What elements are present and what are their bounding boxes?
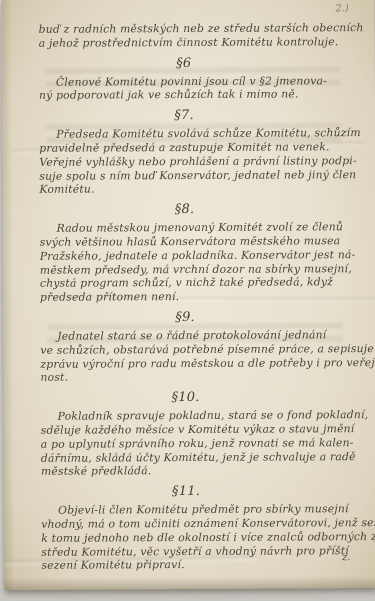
section-6: §6 Členové Komitétu povinni jsou cíl v §… [39, 55, 363, 103]
paper-bottom-shadow [4, 576, 375, 590]
text-line: městské předkládá. [41, 463, 365, 478]
paper-edge-shading [1, 0, 14, 590]
section-heading: §10. [41, 389, 331, 406]
text-line: dářnímu, skládá účty Komitétu, jenž je s… [41, 450, 365, 465]
text-line: a jehož prostřednictvím činnost Komitétu… [39, 35, 363, 50]
text-line: vhodný, má o tom učiniti oznámení Konser… [41, 516, 365, 531]
text-line: ve schůzích, obstarává potřebné písemné … [40, 342, 364, 357]
screenshot-root: { "page": { "page_number": "2.)", "botto… [0, 0, 375, 601]
section-8: §8. Radou městskou jmenovaný Komitét zvo… [40, 201, 365, 304]
text-line: pravidelně předsedá a zastupuje Komitét … [39, 140, 363, 155]
text-line: ný podporovati jak ve schůzích tak i mim… [39, 87, 363, 102]
section-heading: §8. [40, 201, 330, 218]
manuscript-text: buď z radních městských neb ze středu st… [39, 21, 366, 573]
section-heading: §9. [40, 309, 330, 326]
text-line: Jednatel stará se o řádné protokolování … [40, 328, 364, 343]
text-line: zprávu výroční pro radu městskou a dle p… [40, 356, 364, 371]
text-line: k tomu jednoho neb dle okolností i více … [41, 530, 365, 545]
page-number: 2.) [335, 3, 349, 16]
text-line: sděluje každého měsíce v Komitétu výkaz … [41, 422, 365, 437]
text-line: suje spolu s ním buď Konservátor, jednat… [39, 168, 363, 183]
section-intro: buď z radních městských neb ze středu st… [39, 21, 363, 50]
text-line: sezení Komitétu připraví. [41, 557, 365, 572]
section-9: §9. Jednatel stará se o řádné protokolov… [40, 309, 364, 385]
text-line: a po uplynutí správního roku, jenž rovna… [41, 436, 365, 451]
text-line: svých většinou hlasů Konservátora městsk… [40, 234, 364, 249]
section-heading: §6 [39, 55, 329, 72]
section-heading: §11. [41, 483, 331, 500]
text-line: Pražského, jednatele a pokladníka. Konse… [40, 248, 364, 263]
text-line: předseda přítomen není. [40, 289, 364, 304]
text-line: Členové Komitétu povinni jsou cíl v §2 j… [39, 74, 363, 89]
scan-background: 2.) buď z radních městských neb ze střed… [0, 0, 375, 601]
section-heading: §7. [39, 107, 329, 124]
sheet-mark: z. [342, 552, 351, 564]
manuscript-page: 2.) buď z radních městských neb ze střed… [1, 0, 375, 590]
text-line: chystá program schůzí, v nichž také před… [40, 275, 364, 290]
text-line: buď z radních městských neb ze středu st… [39, 21, 363, 36]
text-line: Komitétu. [39, 181, 363, 196]
text-line: nost. [40, 369, 364, 384]
text-line: středu Komitétu, věc vyšetří a vhodný ná… [41, 544, 365, 559]
section-10: §10. Pokladník spravuje pokladnu, stará … [41, 389, 365, 479]
section-7: §7. Předseda Komitétu svolává schůze Kom… [39, 107, 363, 197]
section-11: §11. Objeví-li člen Komitétu předmět pro… [41, 483, 365, 573]
text-line: Veřejné vyhlášky nebo prohlášení a právn… [39, 154, 363, 169]
